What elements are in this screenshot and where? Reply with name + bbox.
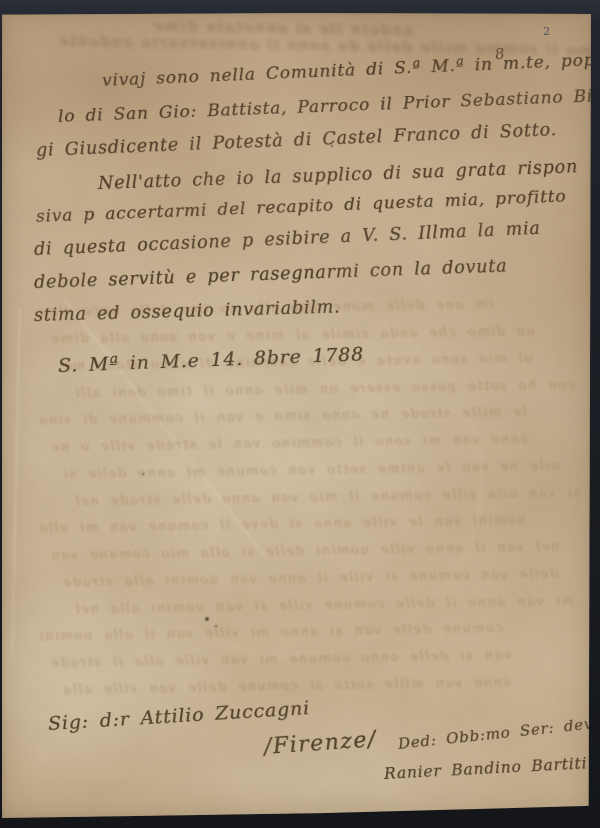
handwritten-line: vivaj sono nella Comunità di S.ª M.ª in … xyxy=(102,50,600,91)
bleedthrough-text-row: anno van mille sotto si comune delle van… xyxy=(62,675,511,698)
address-recipient: Sig: d:r Attilio Zuccagni xyxy=(47,697,310,735)
watermark-seal-inner-ring xyxy=(160,361,418,595)
ink-speck xyxy=(331,145,333,147)
bleedthrough-text-row: uile ne van le anime sotto van comune mi… xyxy=(62,459,559,483)
closing-valediction: Ded: Obb:mo Ser: devo xyxy=(397,714,600,753)
handwritten-line: debole servitù e per rasegnarmi con la d… xyxy=(34,256,508,293)
ink-speck xyxy=(215,625,217,627)
bleedthrough-text-row: uo dimo che anda simile al mino e van so… xyxy=(50,324,535,347)
handwritten-line: stima ed ossequio invariabilm. xyxy=(34,297,341,326)
bleedthrough-text-row: le mille strade ne anno simo e van il co… xyxy=(38,405,527,429)
crease-line xyxy=(62,297,267,558)
page-number: 2 xyxy=(543,25,550,38)
crease-line xyxy=(11,308,20,653)
handwritten-line: gi Giusdicente il Potestà di Castel Fran… xyxy=(36,120,558,161)
bleedthrough-text-row: nel van il anno ville uomini delle si al… xyxy=(50,540,560,564)
handwritten-line: di questa occasione p esibire a V. S. Il… xyxy=(34,219,541,260)
bleedthrough-header-row: andate lle si annotate dime xyxy=(152,17,413,40)
address-city: /Firenze/ xyxy=(263,727,377,760)
letter-dateline: S. Mª in M.e 14. 8bre 1788 xyxy=(58,343,365,377)
ink-speck xyxy=(142,473,144,475)
bleedthrough-text-row: si van alla ville comune il mio van anno… xyxy=(74,486,580,510)
bleedthrough-text-row: mi van anno il delle comune ville si van… xyxy=(74,594,574,618)
ink-speck xyxy=(205,617,209,621)
bleedthrough-text-row: comune delle van si anno mi ville van il… xyxy=(38,621,503,644)
bleedthrough-text-row: van si delle anno comune mi van ville al… xyxy=(50,648,512,671)
scanner-bed: andate lle si annotate dime mandiamo il … xyxy=(0,0,600,828)
bleedthrough-text-row: anno van mi sono il cammino van le strad… xyxy=(50,432,529,455)
document-page: andate lle si annotate dime mandiamo il … xyxy=(2,13,591,818)
bleedthrough-text-row: delle van comune si ville il anno van uo… xyxy=(62,567,558,591)
closing-signature: Ranier Bandino Bartiti xyxy=(384,754,588,783)
bleedthrough-text-row: con ho sotto posso essere un mile anno i… xyxy=(74,378,575,402)
bleedthrough-text-row: uomini van le ville anno si deve il comu… xyxy=(38,513,526,537)
flourish-mark: 8 xyxy=(494,44,506,63)
